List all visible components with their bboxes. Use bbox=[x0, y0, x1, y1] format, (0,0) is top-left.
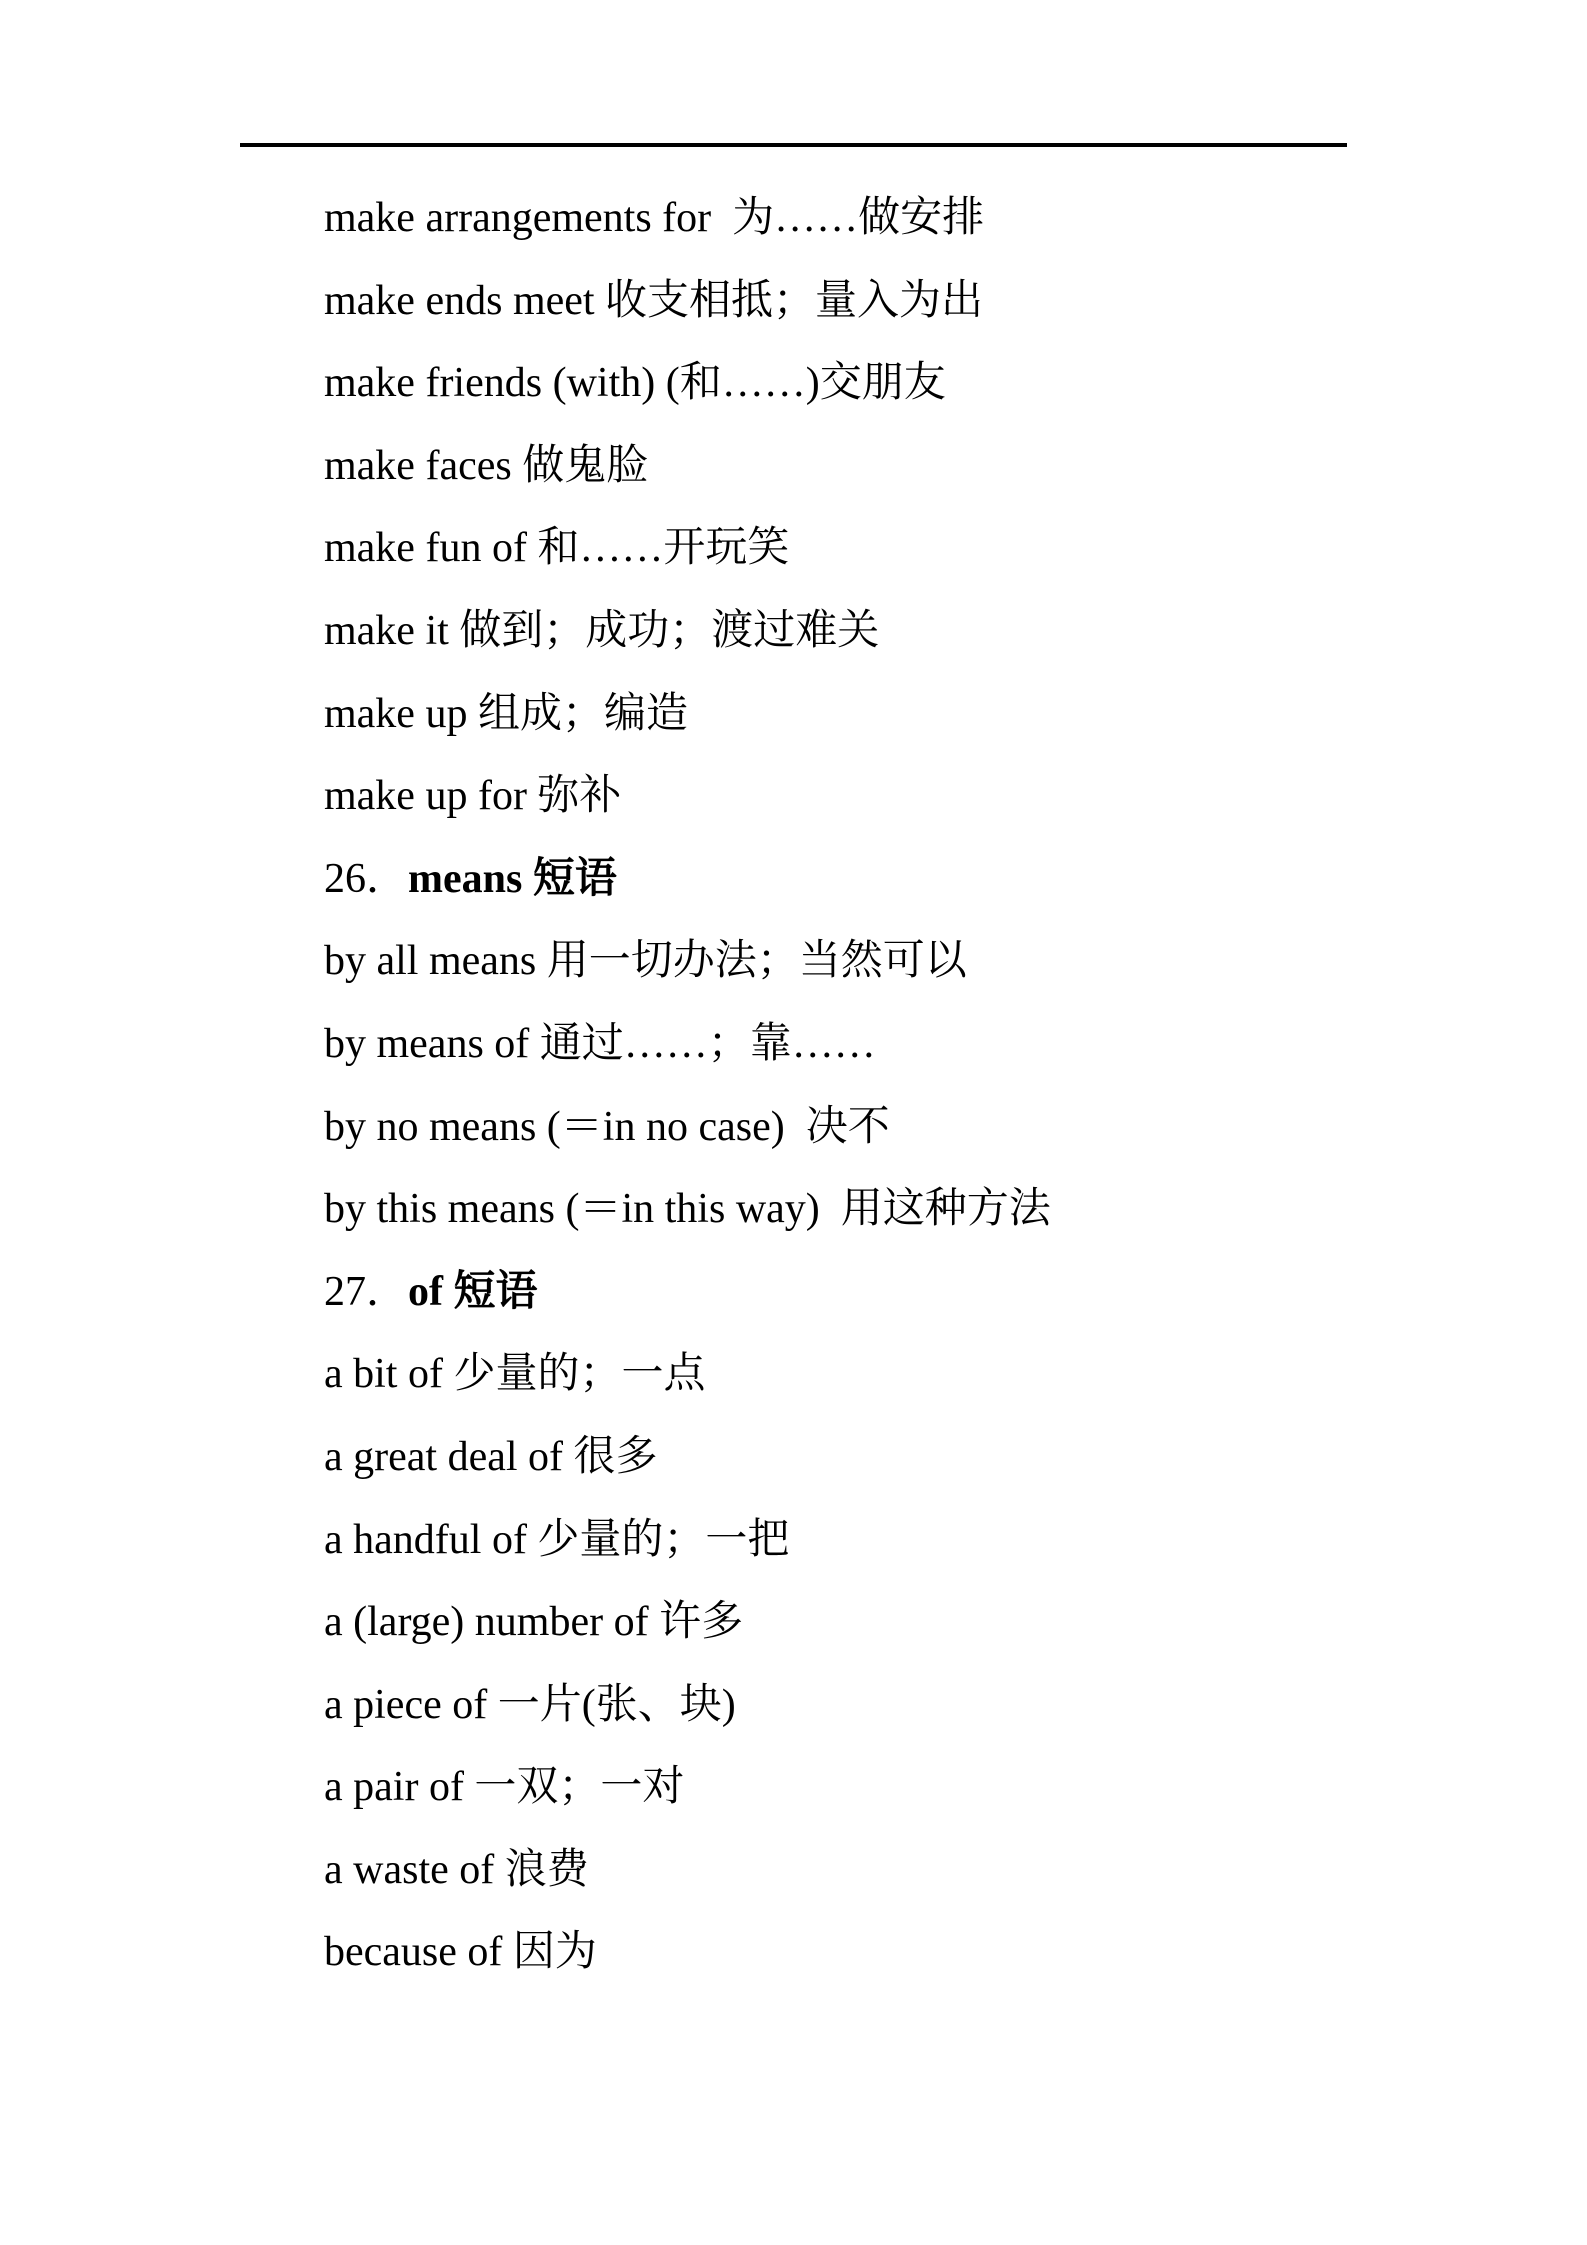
phrase-text: because of 因为 bbox=[324, 1929, 597, 1975]
phrase-text: by this means (＝in this way) 用这种方法 bbox=[324, 1186, 1051, 1232]
heading-title: of 短语 bbox=[408, 1269, 538, 1315]
phrase-text: a pair of 一双；一对 bbox=[324, 1764, 684, 1810]
phrase-text: make ends meet 收支相抵；量入为出 bbox=[324, 278, 983, 324]
heading-number: 26． bbox=[324, 856, 408, 902]
phrase-line: a waste of 浪费 bbox=[324, 1829, 1444, 1912]
phrase-list: make arrangements for 为……做安排make ends me… bbox=[324, 177, 1444, 1994]
phrase-text: make up 组成；编造 bbox=[324, 691, 688, 737]
phrase-text: make faces 做鬼脸 bbox=[324, 443, 648, 489]
phrase-line: make up 组成；编造 bbox=[324, 673, 1444, 756]
phrase-line: a great deal of 很多 bbox=[324, 1416, 1444, 1499]
section-heading: 26．means 短语 bbox=[324, 838, 1444, 921]
phrase-line: make it 做到；成功；渡过难关 bbox=[324, 590, 1444, 673]
phrase-line: make up for 弥补 bbox=[324, 755, 1444, 838]
phrase-line: a piece of 一片(张、块) bbox=[324, 1664, 1444, 1747]
phrase-line: make faces 做鬼脸 bbox=[324, 425, 1444, 508]
phrase-text: make up for 弥补 bbox=[324, 773, 621, 819]
phrase-text: a handful of 少量的；一把 bbox=[324, 1517, 789, 1563]
phrase-line: by means of 通过……；靠…… bbox=[324, 1003, 1444, 1086]
header-rule bbox=[240, 143, 1347, 147]
phrase-line: make ends meet 收支相抵；量入为出 bbox=[324, 260, 1444, 343]
heading-number: 27． bbox=[324, 1269, 408, 1315]
phrase-line: make fun of 和……开玩笑 bbox=[324, 507, 1444, 590]
phrase-text: a piece of 一片(张、块) bbox=[324, 1682, 736, 1728]
phrase-line: a handful of 少量的；一把 bbox=[324, 1499, 1444, 1582]
phrase-line: by this means (＝in this way) 用这种方法 bbox=[324, 1168, 1444, 1251]
phrase-line: a (large) number of 许多 bbox=[324, 1581, 1444, 1664]
phrase-text: by means of 通过……；靠…… bbox=[324, 1021, 876, 1067]
phrase-text: make it 做到；成功；渡过难关 bbox=[324, 608, 879, 654]
heading-title: means 短语 bbox=[408, 856, 617, 902]
phrase-text: a waste of 浪费 bbox=[324, 1847, 589, 1893]
phrase-text: a bit of 少量的；一点 bbox=[324, 1351, 705, 1397]
phrase-line: a pair of 一双；一对 bbox=[324, 1746, 1444, 1829]
phrase-text: make friends (with) (和……)交朋友 bbox=[324, 360, 946, 406]
phrase-text: by no means (＝in no case) 决不 bbox=[324, 1104, 890, 1150]
phrase-line: by no means (＝in no case) 决不 bbox=[324, 1086, 1444, 1169]
phrase-line: make arrangements for 为……做安排 bbox=[324, 177, 1444, 260]
phrase-line: by all means 用一切办法；当然可以 bbox=[324, 920, 1444, 1003]
phrase-line: a bit of 少量的；一点 bbox=[324, 1333, 1444, 1416]
document-page: make arrangements for 为……做安排make ends me… bbox=[0, 0, 1587, 2245]
phrase-text: make fun of 和……开玩笑 bbox=[324, 525, 789, 571]
phrase-line: because of 因为 bbox=[324, 1911, 1444, 1994]
phrase-line: make friends (with) (和……)交朋友 bbox=[324, 342, 1444, 425]
section-heading: 27．of 短语 bbox=[324, 1251, 1444, 1334]
phrase-text: by all means 用一切办法；当然可以 bbox=[324, 938, 967, 984]
phrase-text: a (large) number of 许多 bbox=[324, 1599, 743, 1645]
phrase-text: make arrangements for 为……做安排 bbox=[324, 195, 984, 241]
phrase-text: a great deal of 很多 bbox=[324, 1434, 658, 1480]
